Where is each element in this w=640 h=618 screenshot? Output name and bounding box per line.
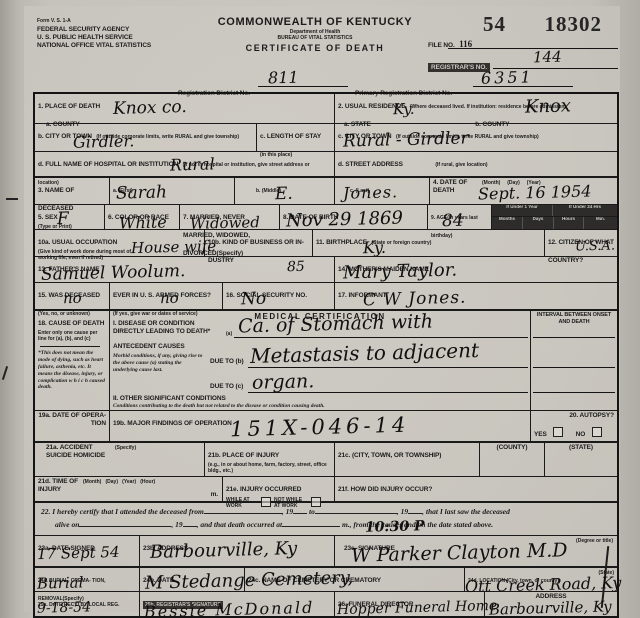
name-last-label: c. (Last) xyxy=(350,188,369,194)
name-first-cell: a. (First) Sarah xyxy=(110,178,235,204)
place-city-note: (If outside corporate limits, write RURA… xyxy=(96,134,239,140)
registration-district-value: 811 xyxy=(268,68,299,88)
age-subcolumns: If Under 1 Year If Under 24 Hrs Months D… xyxy=(492,205,617,229)
age-cell: 9. AGE(In years last birthday) 84 xyxy=(428,205,492,229)
signed-address-label: 23b. ADDRESS xyxy=(143,545,188,552)
burial-location-label: 24d. LOCATION (City, town, or county) xyxy=(468,578,559,584)
sex-cell: 5. SEX F xyxy=(35,205,105,229)
injury-kind-note: (Specify) xyxy=(115,445,136,451)
antecedent-note: Morbid conditions, if any, giving rise t… xyxy=(113,353,205,374)
injury-how-cell: 21f. HOW DID INJURY OCCUR? xyxy=(335,477,617,501)
injury-time-suffix: m. xyxy=(211,491,218,499)
cemetery-cell: 24c. NAME OF CEMETERY OR CREMATORY M Ste… xyxy=(245,568,465,591)
name-middle-label: b. (Middle) xyxy=(256,188,281,194)
ssn-label: 16. SOCIAL SECURITY NO. xyxy=(226,292,307,299)
section-place-of-death: 1. PLACE OF DEATH a. COUNTY Knox co. b. … xyxy=(35,94,335,176)
signature-value: W Parker Clayton M.D xyxy=(351,539,568,567)
birthplace-note: (State or foreign country) xyxy=(371,240,431,246)
signed-address-cell: 23b. ADDRESS Barbourville, Ky xyxy=(140,536,335,566)
date-received-label: 25a. DATE REC'D BY LOCAL REG. xyxy=(38,602,119,608)
injury-place-cell: 21b. PLACE OF INJURY (e.g., in or about … xyxy=(205,443,335,476)
date-signed-cell: 23a. DATE SIGNED 17 Sept 54 xyxy=(35,536,140,566)
residence-street-label: d. STREET ADDRESS xyxy=(338,161,403,168)
place-hospital-label: d. FULL NAME OF HOSPITAL OR INSTITUTION xyxy=(38,161,178,168)
registrar-signature-label: 25b. REGISTRAR'S SIGNATURE xyxy=(143,601,223,609)
burial-date-cell: 24b. DATE xyxy=(140,568,245,591)
name-title-cell: 3. NAME OF DECEASED (Type or Print) xyxy=(35,178,110,204)
ssn-cell: 16. SOCIAL SECURITY NO. No xyxy=(223,283,335,309)
stamp-number: 54 18302 xyxy=(483,12,602,37)
father-label: 13. FATHER'S NAME xyxy=(38,266,100,273)
minutes-header: Min. xyxy=(584,217,617,229)
autopsy-no-checkbox xyxy=(592,427,602,437)
operation-findings-cell: 19b. MAJOR FINDINGS OF OPERATION 151X-04… xyxy=(110,411,531,441)
injury-county-label: (COUNTY) xyxy=(483,444,541,452)
date-signed-label: 23a. DATE SIGNED xyxy=(38,545,95,552)
under-1-year-header: If Under 1 Year xyxy=(492,205,553,216)
under-24-hrs-header: If Under 24 Hrs xyxy=(553,205,617,216)
armed-forces-cell-1: 15. WAS DECEASED (Yes, no, or unknown) n… xyxy=(35,283,110,309)
injury-occurred-label: 21e. INJURY OCCURRED xyxy=(226,486,301,493)
race-label: 6. COLOR OR RACE xyxy=(108,214,169,221)
autopsy-yes-label: YES xyxy=(534,431,547,438)
place-title: 1. PLACE OF DEATH xyxy=(38,103,100,110)
cause-footnote: *This does not mean the mode of dying, s… xyxy=(38,350,106,391)
header: Form V. S. 1-A FEDERAL SECURITY AGENCY U… xyxy=(33,12,615,90)
name-last-cell: c. (Last) Jones. xyxy=(335,178,430,204)
bureau-line: BUREAU OF VITAL STATISTICS xyxy=(205,35,425,41)
autopsy-label: 20. AUTOPSY? xyxy=(534,412,614,420)
cemetery-label: 24c. NAME OF CEMETERY OR CREMATORY xyxy=(248,577,381,584)
injury-time-cell: 21d. TIME OF INJURY (Month) (Day) (Year)… xyxy=(35,477,223,501)
cause-c-tag: DUE TO (c) xyxy=(210,383,243,391)
birthplace-cell: 11. BIRTHPLACE (State or foreign country… xyxy=(313,230,545,256)
business-cell: 10b. KIND OF BUSINESS OR IN- DUSTRY xyxy=(205,230,313,256)
occupation-cell: 10a. USUAL OCCUPATION (Give kind of work… xyxy=(35,230,205,256)
date-received-cell: 25a. DATE REC'D BY LOCAL REG. 9-18-54 xyxy=(35,592,140,616)
father-cell: 13. FATHER'S NAME Samuel Woolum. 85 xyxy=(35,257,335,282)
certification-statement: 22. I hereby certify that I attended the… xyxy=(35,503,617,536)
certify-year1: 19 xyxy=(286,507,294,516)
name-first-label: a. (First) xyxy=(113,188,133,194)
operation-date-label: 19a. DATE OF OPERA- TION xyxy=(38,412,106,428)
residence-street-note: (If rural, give location) xyxy=(435,162,487,168)
burial-location-cell: 24d. LOCATION (City, town, or county) (S… xyxy=(465,568,617,591)
certify-year2: 19 xyxy=(401,507,409,516)
dob-cell: 8. DATE OF BIRTH Nov 29 1869 xyxy=(280,205,428,229)
certify-p6: m., from the causes and on the date stat… xyxy=(342,520,493,529)
signature-degree-label: (Degree or title) xyxy=(576,538,613,544)
autopsy-no-label: NO xyxy=(576,431,586,438)
interval-column: INTERVAL BETWEEN ONSET AND DEATH xyxy=(531,311,617,410)
armed-forces-cell-2: EVER IN U. S. ARMED FORCES? (If yes, giv… xyxy=(110,283,223,309)
age-value: 84 xyxy=(442,211,464,232)
cause-left-column: 18. CAUSE OF DEATH Enter only one cause … xyxy=(35,311,110,410)
registrar-no-label: REGISTRAR'S NO. xyxy=(428,63,490,72)
sex-label: 5. SEX xyxy=(38,214,58,221)
race-cell: 6. COLOR OR RACE White xyxy=(105,205,180,229)
signature-label: 23c. SIGNATURE xyxy=(344,545,395,552)
marital-cell: 7. MARRIED, NEVER MARRIED, WIDOWED, DIVO… xyxy=(180,205,280,229)
birthplace-label: 11. BIRTHPLACE xyxy=(316,239,367,246)
form-number: Form V. S. 1-A xyxy=(37,18,151,24)
signature-cell: 23c. SIGNATURE (Degree or title) W Parke… xyxy=(335,536,617,566)
registrar-signature-cell: 25b. REGISTRAR'S SIGNATURE Bessie McDona… xyxy=(140,592,335,616)
months-header: Months xyxy=(492,217,523,229)
dob-label: 8. DATE OF BIRTH xyxy=(283,214,338,221)
place-city-label: b. CITY OR TOWN xyxy=(38,133,92,140)
certify-p3: , that I last saw the deceased xyxy=(422,507,510,516)
cause-c-value: organ. xyxy=(252,370,315,394)
operation-date-cell: 19a. DATE OF OPERA- TION xyxy=(35,411,110,441)
interval-label: INTERVAL BETWEEN ONSET AND DEATH xyxy=(534,312,614,326)
residence-city-label: c. CITY OR TOWN xyxy=(338,133,392,140)
residence-city-note: (If outside corporate limits, write RURA… xyxy=(396,134,539,140)
stray-mark xyxy=(2,366,8,380)
cause-part2-note: Conditions contributing to the death but… xyxy=(113,403,373,410)
cause-b-tag: DUE TO (b) xyxy=(210,358,244,366)
injury-place-label: 21b. PLACE OF INJURY xyxy=(208,452,279,459)
residence-title: 2. USUAL RESIDENCE xyxy=(338,103,405,110)
section-usual-residence: 2. USUAL RESIDENCE (Where deceased lived… xyxy=(335,94,617,176)
funeral-address-label: ADDRESS xyxy=(488,593,614,601)
armed-label: 15. WAS DECEASED xyxy=(38,292,100,299)
funeral-address-cell: ADDRESS Barbourville, Ky xyxy=(485,592,617,616)
cause-label: 18. CAUSE OF DEATH xyxy=(38,320,104,327)
stamp-left: 54 xyxy=(483,12,506,36)
armed2-label: EVER IN U. S. ARMED FORCES? xyxy=(113,292,211,299)
cause-a-tag: (a) xyxy=(226,331,232,337)
operation-findings-label: 19b. MAJOR FINDINGS OF OPERATION xyxy=(113,420,232,427)
cause-b-value: Metastasis to adjacent xyxy=(250,338,480,368)
injury-state-label: (STATE) xyxy=(548,444,614,452)
name-middle-value: E. xyxy=(275,184,293,204)
days-header: Days xyxy=(523,217,554,229)
stray-mark xyxy=(6,198,18,200)
injury-time-cols: (Month) (Day) (Year) (Hour) xyxy=(83,479,155,485)
certify-p5: , and that death occurred at xyxy=(197,520,282,529)
injury-kind-label: 21a. ACCIDENT SUICIDE HOMICIDE xyxy=(46,444,106,460)
funeral-director-label: 26. FUNERAL DIRECTOR xyxy=(338,601,413,608)
occupation-label: 10a. USUAL OCCUPATION xyxy=(38,239,117,246)
certify-number: 22. xyxy=(41,507,50,516)
operation-findings-value: 151X-046-14 xyxy=(230,413,410,442)
injury-time-label: 21d. TIME OF INJURY xyxy=(38,478,78,494)
injury-city-cell: 21c. (CITY, TOWN, OR TOWNSHIP) xyxy=(335,443,480,476)
certify-p1: I hereby certify that I attended the dec… xyxy=(52,507,204,516)
cause-part2-label: II. OTHER SIGNIFICANT CONDITIONS xyxy=(113,395,226,403)
place-stay-label: c. LENGTH OF STAY xyxy=(260,133,321,140)
cause-label-note: Enter only one cause per line for (a), (… xyxy=(38,330,106,342)
certificate-form: 1. PLACE OF DEATH a. COUNTY Knox co. b. … xyxy=(33,92,619,618)
agency-line-3: NATIONAL OFFICE VITAL STATISTICS xyxy=(37,42,151,50)
antecedent-label: ANTECEDENT CAUSES xyxy=(113,343,185,351)
certificate-title: CERTIFICATE OF DEATH xyxy=(205,43,425,53)
injury-occurred-cell: 21e. INJURY OCCURRED WHILE AT WORK NOT W… xyxy=(223,477,335,501)
scanned-death-certificate: Form V. S. 1-A FEDERAL SECURITY AGENCY U… xyxy=(0,0,640,618)
burial-type-cell: 24a. BURIAL, CREMA- TION, REMOVAL(Specif… xyxy=(35,568,140,591)
place-county-value: Knox co. xyxy=(113,97,187,119)
injury-place-note: (e.g., in or about home, farm, factory, … xyxy=(208,462,331,474)
injury-county-cell: (COUNTY) xyxy=(480,443,545,476)
hours-header: Hours xyxy=(554,217,584,229)
cause-middle-column: MEDICAL CERTIFICATION I. DISEASE OR COND… xyxy=(110,311,531,410)
autopsy-cell: 20. AUTOPSY? YES NO xyxy=(531,411,617,441)
funeral-director-cell: 26. FUNERAL DIRECTOR Hopper Funeral Home xyxy=(335,592,485,616)
sex-value: F xyxy=(57,209,69,229)
name-middle-cell: b. (Middle) E. xyxy=(235,178,335,204)
informant-label: 17. INFORMANT xyxy=(338,292,387,299)
cause-part1-label: I. DISEASE OR CONDITION DIRECTLY LEADING… xyxy=(113,320,225,336)
commonwealth-title: COMMONWEALTH OF KENTUCKY xyxy=(205,16,425,28)
certify-year3: 19 xyxy=(175,520,183,529)
mother-label: 14. MOTHER'S MAIDEN NAME xyxy=(338,266,429,273)
burial-date-label: 24b. DATE xyxy=(143,577,174,584)
death-date-cell: 4. DATE OF DEATH (Month) (Day) (Year) Se… xyxy=(430,178,617,204)
agency-line-1: FEDERAL SECURITY AGENCY xyxy=(37,26,151,34)
certify-p4: alive on xyxy=(55,520,79,529)
citizen-cell: 12. CITIZEN OF WHAT COUNTRY? U.S.A. xyxy=(545,230,617,256)
injury-state-cell: (STATE) xyxy=(545,443,617,476)
death-date-cols: (Month) (Day) (Year) xyxy=(482,180,541,186)
residence-title-note: (Where deceased lived. If institution: r… xyxy=(410,104,566,110)
injury-how-label: 21f. HOW DID INJURY OCCUR? xyxy=(338,486,432,493)
injury-city-label: 21c. (CITY, TOWN, OR TOWNSHIP) xyxy=(338,452,441,459)
autopsy-yes-checkbox xyxy=(553,427,563,437)
residence-city-value: Rural - Girdler xyxy=(343,128,469,151)
agency-line-2: U. S. PUBLIC HEALTH SERVICE xyxy=(37,34,151,42)
injury-kind-cell: 21a. ACCIDENT SUICIDE HOMICIDE (Specify) xyxy=(35,443,205,476)
father-value: Samuel Woolum. xyxy=(41,261,186,285)
father-extra-mark: 85 xyxy=(287,259,305,275)
mother-cell: 14. MOTHER'S MAIDEN NAME Mary Taylor. xyxy=(335,257,617,282)
informant-cell: 17. INFORMANT C W Jones. xyxy=(335,283,617,309)
stamp-right: 18302 xyxy=(545,12,603,36)
death-date-label: 4. DATE OF DEATH xyxy=(433,179,471,195)
